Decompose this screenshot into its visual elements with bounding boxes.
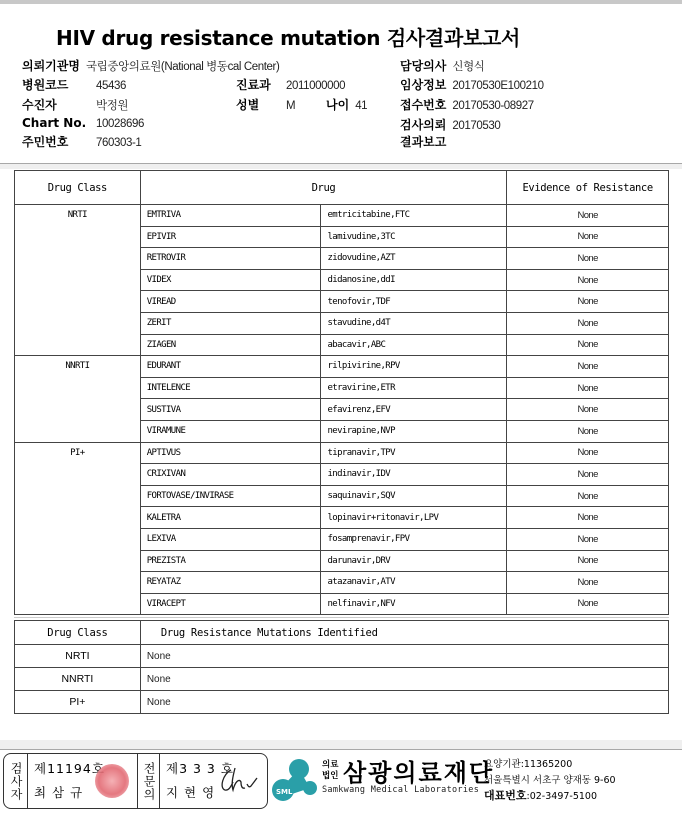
- sex-field: 성별M: [236, 96, 295, 113]
- sex-value: M: [286, 100, 295, 112]
- doctor-label: 담당의사: [400, 57, 446, 74]
- evidence-cell: None: [507, 205, 669, 227]
- header-evidence: Evidence of Resistance: [507, 171, 669, 205]
- age-label: 나이: [326, 96, 349, 113]
- brand-name-cell: RETROVIR: [140, 248, 321, 270]
- brand-name-cell: FORTOVASE/INVIRASE: [140, 485, 321, 507]
- examiner-label: 검사자: [4, 754, 28, 808]
- evidence-cell: None: [507, 420, 669, 442]
- org-name: 삼광의료재단: [343, 753, 494, 788]
- top-divider: [0, 0, 682, 4]
- generic-name-cell: efavirenz,EFV: [321, 399, 507, 421]
- generic-name-cell: tenofovir,TDF: [321, 291, 507, 313]
- evidence-cell: None: [507, 550, 669, 572]
- brand-name-cell: VIRACEPT: [140, 593, 321, 615]
- evidence-cell: None: [507, 291, 669, 313]
- generic-name-cell: etravirine,ETR: [321, 377, 507, 399]
- institution-label: 의뢰기관명: [22, 57, 80, 74]
- generic-name-cell: indinavir,IDV: [321, 464, 507, 486]
- footer-band: [0, 740, 682, 749]
- generic-name-cell: darunavir,DRV: [321, 550, 507, 572]
- signature-box: 검사자 제11194호 최 삼 규 전문의 제3 3 3 호 지 현 영: [3, 753, 268, 809]
- patient-field: 수진자박정원: [22, 96, 128, 113]
- brand-name-cell: VIDEX: [140, 269, 321, 291]
- doctor-field: 담당의사신형식: [400, 57, 485, 74]
- generic-name-cell: atazanavir,ATV: [321, 572, 507, 594]
- generic-name-cell: nevirapine,NVP: [321, 420, 507, 442]
- department-label: 진료과: [236, 76, 280, 93]
- department-value: 2011000000: [286, 80, 345, 92]
- drug-class-cell: NNRTI: [15, 356, 141, 442]
- brand-name-cell: ZERIT: [140, 312, 321, 334]
- clinical-field: 임상정보20170530E100210: [400, 76, 544, 93]
- evidence-cell: None: [507, 226, 669, 248]
- care-code: 요양기관:11365200: [484, 757, 616, 773]
- hospital-code-value: 45436: [96, 80, 126, 92]
- mutation-header-row: Drug Class Drug Resistance Mutations Ide…: [15, 621, 669, 645]
- evidence-cell: None: [507, 334, 669, 356]
- mutation-class: PI+: [15, 691, 141, 714]
- mutation-value: None: [140, 691, 668, 714]
- generic-name-cell: abacavir,ABC: [321, 334, 507, 356]
- clinical-value: 20170530E100210: [452, 80, 543, 92]
- mutation-header-class: Drug Class: [15, 621, 141, 645]
- brand-name-cell: EDURANT: [140, 356, 321, 378]
- brand-name-cell: SUSTIVA: [140, 399, 321, 421]
- id-value: 760303-1: [96, 137, 141, 149]
- evidence-cell: None: [507, 485, 669, 507]
- generic-name-cell: zidovudine,AZT: [321, 248, 507, 270]
- evidence-cell: None: [507, 399, 669, 421]
- brand-name-cell: VIREAD: [140, 291, 321, 313]
- institution-field: 의뢰기관명국립중앙의료원(National 병동cal Center): [22, 57, 279, 74]
- chart-field: Chart No.10028696: [22, 116, 144, 130]
- org-name-en: Samkwang Medical Laboratories: [322, 785, 479, 795]
- chart-label: Chart No.: [22, 116, 90, 130]
- org-type-line1: 의료: [322, 760, 338, 771]
- generic-name-cell: fosamprenavir,FPV: [321, 528, 507, 550]
- evidence-cell: None: [507, 528, 669, 550]
- brand-name-cell: EMTRIVA: [140, 205, 321, 227]
- signature-icon: [217, 764, 261, 796]
- org-phone: 대표번호:02-3497-5100: [484, 788, 616, 805]
- id-field: 주민번호760303-1: [22, 133, 141, 150]
- department-field: 진료과2011000000: [236, 76, 345, 93]
- mutation-class: NRTI: [15, 645, 141, 668]
- examiner-label-text: 검사자: [9, 762, 22, 801]
- brand-name-cell: LEXIVA: [140, 528, 321, 550]
- header-drug: Drug: [140, 171, 507, 205]
- mutation-value: None: [140, 645, 668, 668]
- evidence-cell: None: [507, 572, 669, 594]
- mutation-row: NNRTI None: [15, 668, 669, 691]
- table-row: NRTIEMTRIVAemtricitabine,FTCNone: [15, 205, 669, 227]
- specialist-label-text: 전문의: [142, 762, 155, 801]
- table-row: PI+APTIVUStipranavir,TPVNone: [15, 442, 669, 464]
- table-gap-divider: [14, 617, 669, 618]
- table-row: NNRTIEDURANTrilpivirine,RPVNone: [15, 356, 669, 378]
- section-band: [0, 164, 682, 169]
- mutation-class: NNRTI: [15, 668, 141, 691]
- request-field: 검사의뢰20170530: [400, 116, 500, 133]
- hospital-code-field: 병원코드45436: [22, 76, 126, 93]
- brand-name-cell: VIRAMUNE: [140, 420, 321, 442]
- brand-name-cell: REYATAZ: [140, 572, 321, 594]
- institution-value: 국립중앙의료원(National 병동cal Center): [86, 61, 279, 73]
- request-value: 20170530: [452, 120, 500, 132]
- doctor-value: 신형식: [452, 61, 484, 73]
- generic-name-cell: lopinavir+ritonavir,LPV: [321, 507, 507, 529]
- org-type: 의료 법인: [322, 760, 338, 782]
- brand-name-cell: CRIXIVAN: [140, 464, 321, 486]
- age-field: 나이41: [326, 96, 367, 113]
- evidence-cell: None: [507, 248, 669, 270]
- receipt-label: 접수번호: [400, 96, 446, 113]
- generic-name-cell: saquinavir,SQV: [321, 485, 507, 507]
- mutation-value: None: [140, 668, 668, 691]
- header-drug-class: Drug Class: [15, 171, 141, 205]
- drug-class-cell: NRTI: [15, 205, 141, 356]
- hospital-code-label: 병원코드: [22, 76, 90, 93]
- patient-label: 수진자: [22, 96, 90, 113]
- sex-label: 성별: [236, 96, 280, 113]
- seal-stamp-icon: [95, 764, 129, 798]
- logo-text: SML: [276, 788, 293, 796]
- org-type-line2: 법인: [322, 771, 338, 782]
- generic-name-cell: stavudine,d4T: [321, 312, 507, 334]
- brand-name-cell: KALETRA: [140, 507, 321, 529]
- examiner-cell: 제11194호 최 삼 규: [28, 754, 138, 808]
- evidence-cell: None: [507, 377, 669, 399]
- mutation-table: Drug Class Drug Resistance Mutations Ide…: [14, 620, 669, 714]
- receipt-value: 20170530-08927: [452, 100, 533, 112]
- brand-name-cell: APTIVUS: [140, 442, 321, 464]
- specialist-cell: 제3 3 3 호 지 현 영: [160, 754, 267, 808]
- drug-class-cell: PI+: [15, 442, 141, 615]
- generic-name-cell: tipranavir,TPV: [321, 442, 507, 464]
- generic-name-cell: rilpivirine,RPV: [321, 356, 507, 378]
- org-info: 요양기관:11365200 서울특별시 서초구 양재동 9-60 대표번호:02…: [484, 757, 616, 805]
- generic-name-cell: emtricitabine,FTC: [321, 205, 507, 227]
- age-value: 41: [355, 100, 367, 112]
- evidence-cell: None: [507, 464, 669, 486]
- mutation-header-mutations: Drug Resistance Mutations Identified: [140, 621, 668, 645]
- brand-name-cell: INTELENCE: [140, 377, 321, 399]
- result-field: 결과보고: [400, 133, 452, 150]
- evidence-cell: None: [507, 312, 669, 334]
- mutation-row: NRTI None: [15, 645, 669, 668]
- clinical-label: 임상정보: [400, 76, 446, 93]
- org-address: 서울특별시 서초구 양재동 9-60: [484, 773, 616, 789]
- evidence-cell: None: [507, 593, 669, 615]
- request-label: 검사의뢰: [400, 116, 446, 133]
- evidence-cell: None: [507, 507, 669, 529]
- result-label: 결과보고: [400, 133, 446, 150]
- id-label: 주민번호: [22, 133, 90, 150]
- resistance-header-row: Drug Class Drug Evidence of Resistance: [15, 171, 669, 205]
- phone-value: :02-3497-5100: [527, 791, 598, 802]
- specialist-label: 전문의: [138, 754, 160, 808]
- brand-name-cell: ZIAGEN: [140, 334, 321, 356]
- generic-name-cell: lamivudine,3TC: [321, 226, 507, 248]
- phone-label: 대표번호: [484, 789, 527, 802]
- brand-name-cell: EPIVIR: [140, 226, 321, 248]
- footer-divider: [0, 749, 682, 750]
- chart-value: 10028696: [96, 118, 144, 130]
- resistance-table: Drug Class Drug Evidence of Resistance N…: [14, 170, 669, 615]
- generic-name-cell: didanosine,ddI: [321, 269, 507, 291]
- patient-value: 박정원: [96, 100, 128, 112]
- evidence-cell: None: [507, 269, 669, 291]
- sml-logo-icon: SML: [270, 756, 318, 804]
- brand-name-cell: PREZISTA: [140, 550, 321, 572]
- evidence-cell: None: [507, 442, 669, 464]
- mutation-row: PI+ None: [15, 691, 669, 714]
- evidence-cell: None: [507, 356, 669, 378]
- receipt-field: 접수번호20170530-08927: [400, 96, 534, 113]
- generic-name-cell: nelfinavir,NFV: [321, 593, 507, 615]
- report-title: HIV drug resistance mutation 검사결과보고서: [56, 22, 520, 51]
